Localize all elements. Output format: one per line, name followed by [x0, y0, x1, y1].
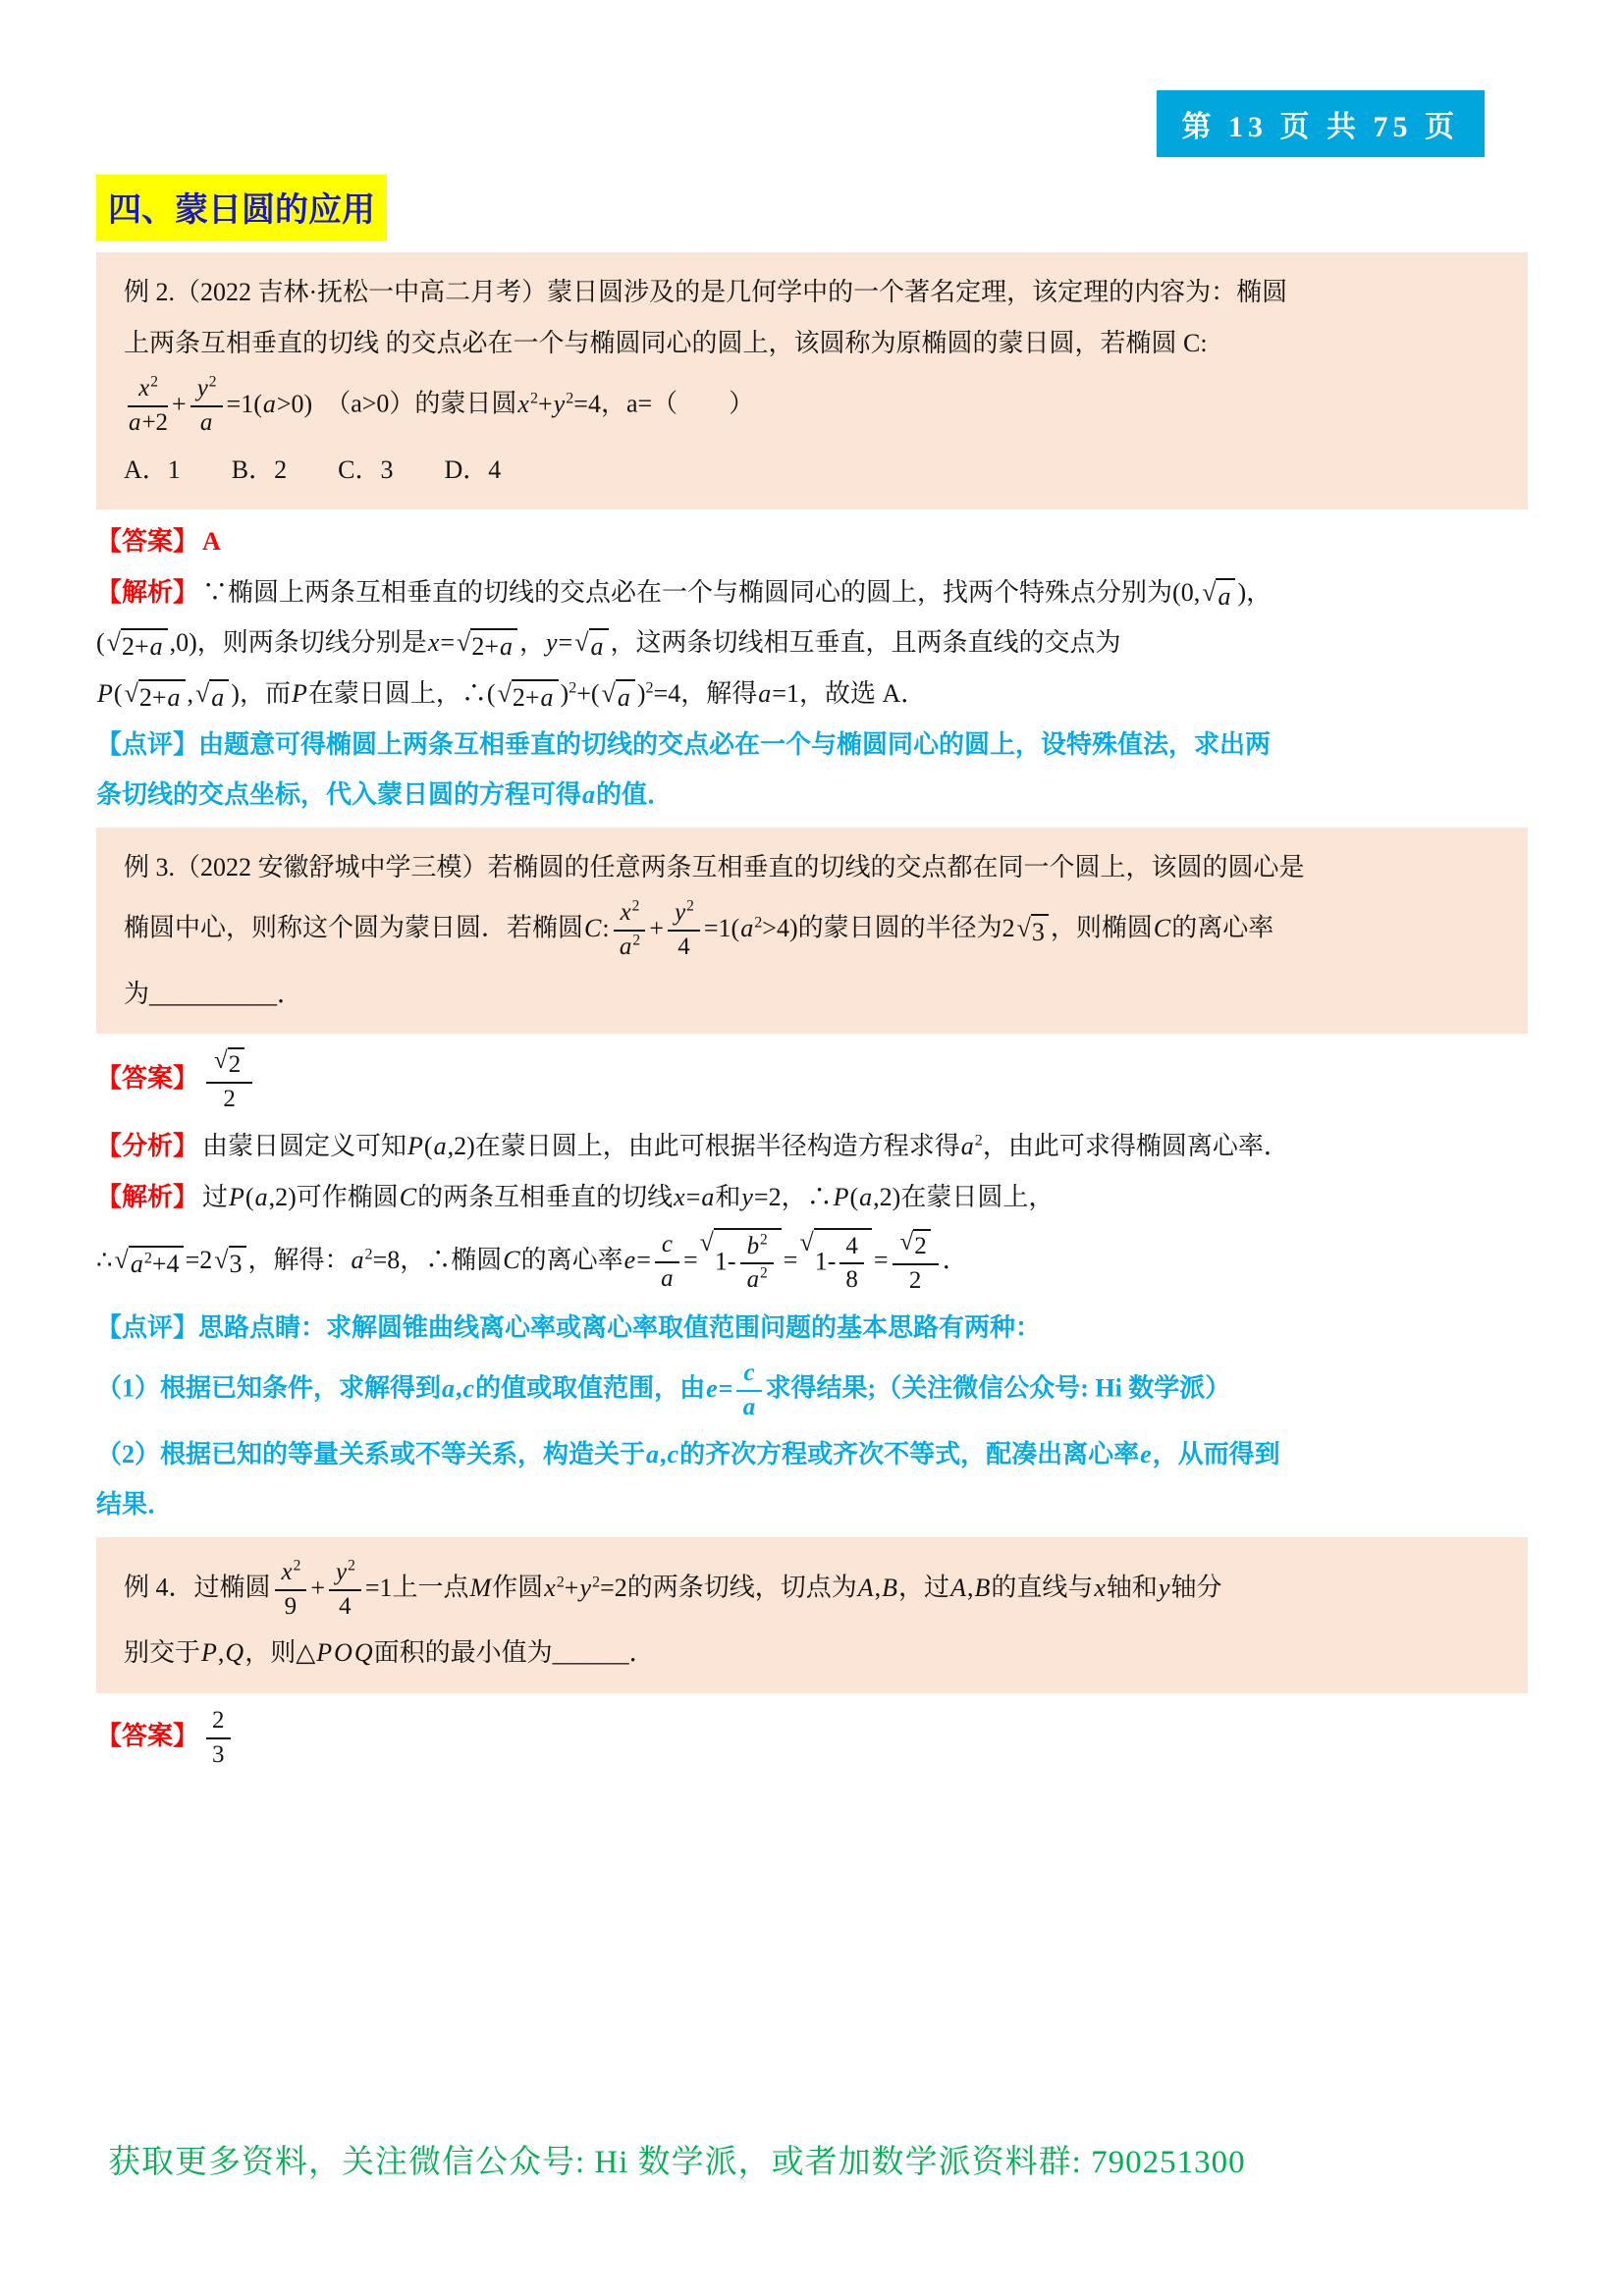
- ex3-comment-label: 【点评】: [96, 1313, 198, 1342]
- ex3-comment-line-2: （1）根据已知条件，求解得到a,c的值或取值范围，由e=ca求得结果;（关注微信…: [96, 1358, 1528, 1423]
- example-4-problem-block: 例 4．过椭圆x29+y24=1上一点M作圆x2+y2=2的两条切线，切点为A,…: [96, 1537, 1528, 1693]
- example-2-problem-block: 例 2.（2022 吉林·抚松一中高二月考）蒙日圆涉及的是几何学中的一个著名定理…: [96, 252, 1528, 509]
- ex2-comment-line-1: 【点评】由题意可得椭圆上两条互相垂直的切线的交点必在一个与椭圆同心的圆上，设特殊…: [96, 724, 1528, 766]
- ex3-problem-blank-line: 为__________．: [124, 974, 1500, 1015]
- ex2-solution-label: 【解析】: [96, 578, 202, 607]
- ex4-answer-line: 【答案】23: [96, 1705, 1528, 1771]
- ex3-answer-label: 【答案】: [96, 1064, 202, 1093]
- ex3-problem-formula-line: 椭圆中心，则称这个圆为蒙日圆．若椭圆C:x2a2+y24=1(a2>4)的蒙日圆…: [124, 897, 1500, 963]
- ex2-comment-label: 【点评】: [96, 730, 198, 759]
- ex3-comment-line-3: （2）根据已知的等量关系或不等关系，构造关于a,c的齐次方程或齐次不等式，配凑出…: [96, 1434, 1528, 1475]
- section-title-row: 四、蒙日圆的应用: [96, 175, 1528, 240]
- ex3-analysis-text: 由蒙日圆定义可知P(a,2)在蒙日圆上，由此可根据半径构造方程求得a2，由此可求…: [202, 1132, 1289, 1160]
- ex2-problem-line-1: 例 2.（2022 吉林·抚松一中高二月考）蒙日圆涉及的是几何学中的一个著名定理…: [124, 272, 1500, 313]
- ex3-solution-line-2: ∴√a2+4=2√3，解得：a2=8，∴椭圆C的离心率e=ca=√1-b2a2=…: [96, 1227, 1528, 1298]
- ex4-problem-line-2: 别交于P,Q，则△POQ面积的最小值为______．: [124, 1632, 1500, 1674]
- footer-promo: 获取更多资料，关注微信公众号: Hi 数学派，或者加数学派资料群: 790251…: [108, 2136, 1246, 2182]
- ex2-comment-text-1: 由题意可得椭圆上两条互相垂直的切线的交点必在一个与椭圆同心的圆上，设特殊值法，求…: [198, 730, 1271, 759]
- ex3-comment-text-1: 思路点睛：求解圆锥曲线离心率或离心率取值范围问题的基本思路有两种：: [198, 1313, 1041, 1342]
- ex3-answer-line: 【答案】√22: [96, 1045, 1528, 1116]
- ex3-solution-line-1: 【解析】过P(a,2)可作椭圆C的两条互相垂直的切线x=a和y=2，∴P(a,2…: [96, 1177, 1528, 1218]
- ex4-answer-value: 23: [202, 1722, 234, 1750]
- ex4-answer-label: 【答案】: [96, 1722, 202, 1750]
- ex3-problem-line-1: 例 3.（2022 安徽舒城中学三模）若椭圆的任意两条互相垂直的切线的交点都在同…: [124, 847, 1500, 888]
- ex2-solution-line-2: (√2+a,0)，则两条切线分别是x=√2+a，y=√a，这两条切线相互垂直，且…: [96, 622, 1528, 664]
- ex2-answer-value: A: [202, 527, 221, 556]
- ex3-answer-value: √22: [202, 1064, 256, 1093]
- ex2-solution-line-1: 【解析】∵椭圆上两条互相垂直的切线的交点必在一个与椭圆同心的圆上，找两个特殊点分…: [96, 572, 1528, 614]
- ex3-analysis-label: 【分析】: [96, 1132, 202, 1160]
- ex3-comment-line-1: 【点评】思路点睛：求解圆锥曲线离心率或离心率取值范围问题的基本思路有两种：: [96, 1308, 1528, 1349]
- ex2-options-line: A．1 B．2 C．3 D．4: [124, 450, 1500, 491]
- document-page: 第 13 页 共 75 页 四、蒙日圆的应用 例 2.（2022 吉林·抚松一中…: [0, 0, 1624, 2296]
- ex3-solution-label: 【解析】: [96, 1183, 202, 1211]
- ex3-solution-text-1: 过P(a,2)可作椭圆C的两条互相垂直的切线x=a和y=2，∴P(a,2)在蒙日…: [202, 1183, 1054, 1211]
- section-title: 四、蒙日圆的应用: [96, 175, 387, 240]
- ex4-problem-line-1: 例 4．过椭圆x29+y24=1上一点M作圆x2+y2=2的两条切线，切点为A,…: [124, 1557, 1500, 1623]
- ex2-problem-line-2: 上两条互相垂直的切线 的交点必在一个与椭圆同心的圆上，该圆称为原椭圆的蒙日圆，若…: [124, 323, 1500, 364]
- ex2-answer-label: 【答案】: [96, 527, 202, 556]
- page-number-badge: 第 13 页 共 75 页: [1157, 90, 1486, 157]
- ex3-analysis-line: 【分析】由蒙日圆定义可知P(a,2)在蒙日圆上，由此可根据半径构造方程求得a2，…: [96, 1126, 1528, 1167]
- ex2-comment-line-2: 条切线的交点坐标，代入蒙日圆的方程可得a的值．: [96, 774, 1528, 816]
- ex2-solution-line-3: P(√2+a,√a)，而P在蒙日圆上，∴(√2+a)2+(√a)2=4，解得a=…: [96, 673, 1528, 715]
- ex3-comment-line-4: 结果．: [96, 1484, 1528, 1525]
- example-3-problem-block: 例 3.（2022 安徽舒城中学三模）若椭圆的任意两条互相垂直的切线的交点都在同…: [96, 828, 1528, 1035]
- ex2-solution-text-1: ∵椭圆上两条互相垂直的切线的交点必在一个与椭圆同心的圆上，找两个特殊点分别为(0…: [202, 578, 1272, 607]
- ex2-answer-line: 【答案】A: [96, 521, 1528, 562]
- ex2-problem-formula-line: x2a+2+y2a=1(a>0) （a>0）的蒙日圆x2+y2=4，a=（ ）: [124, 373, 1500, 439]
